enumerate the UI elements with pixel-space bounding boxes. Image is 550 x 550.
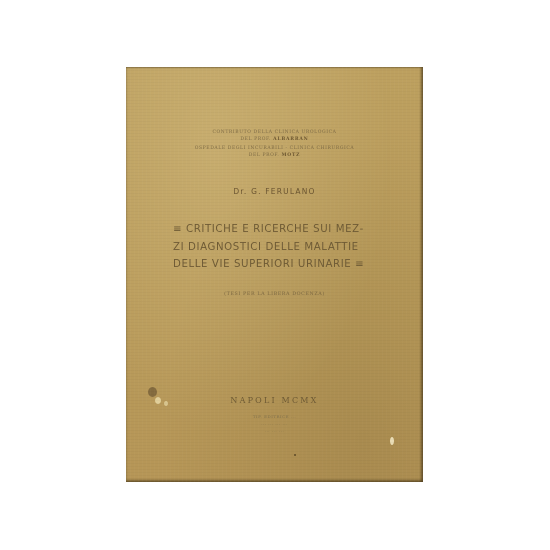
title-line-2: ZI DIAGNOSTICI DELLE MALATTIE	[173, 242, 423, 253]
title-line-3: DELLE VIE SUPERIORI URINARIE ≡	[173, 259, 423, 270]
stain-mark	[148, 387, 157, 397]
light-spot	[155, 397, 161, 404]
dark-speck	[294, 454, 296, 456]
place-and-date: NAPOLI MCMX	[126, 396, 423, 405]
subtitle-note: (TESI PER LA LIBERA DOCENZA)	[126, 292, 423, 297]
author-name: Dr. G. FERULANO	[126, 187, 423, 196]
header-line-4: DEL PROF. MOTZ	[126, 153, 423, 158]
book-cover: CONTRIBUTO DELLA CLINICA UROLOGICA DEL P…	[126, 67, 423, 482]
imprint-line-2: ... ... ... ...	[126, 421, 423, 426]
imprint-line-1: TIP. EDITRICE ...	[126, 414, 423, 419]
light-spot	[164, 401, 168, 406]
header-line-2: DEL PROF. ALBARRAN	[126, 137, 423, 142]
title-line-1: ≡ CRITICHE E RICERCHE SUI MEZ-	[173, 224, 423, 235]
header-line-3: OSPEDALE DEGLI INCURABILI - CLINICA CHIR…	[126, 146, 423, 151]
header-line-1: CONTRIBUTO DELLA CLINICA UROLOGICA	[126, 130, 423, 135]
imprint-line-3: ... ... ...	[126, 428, 423, 433]
light-spot	[390, 437, 394, 445]
